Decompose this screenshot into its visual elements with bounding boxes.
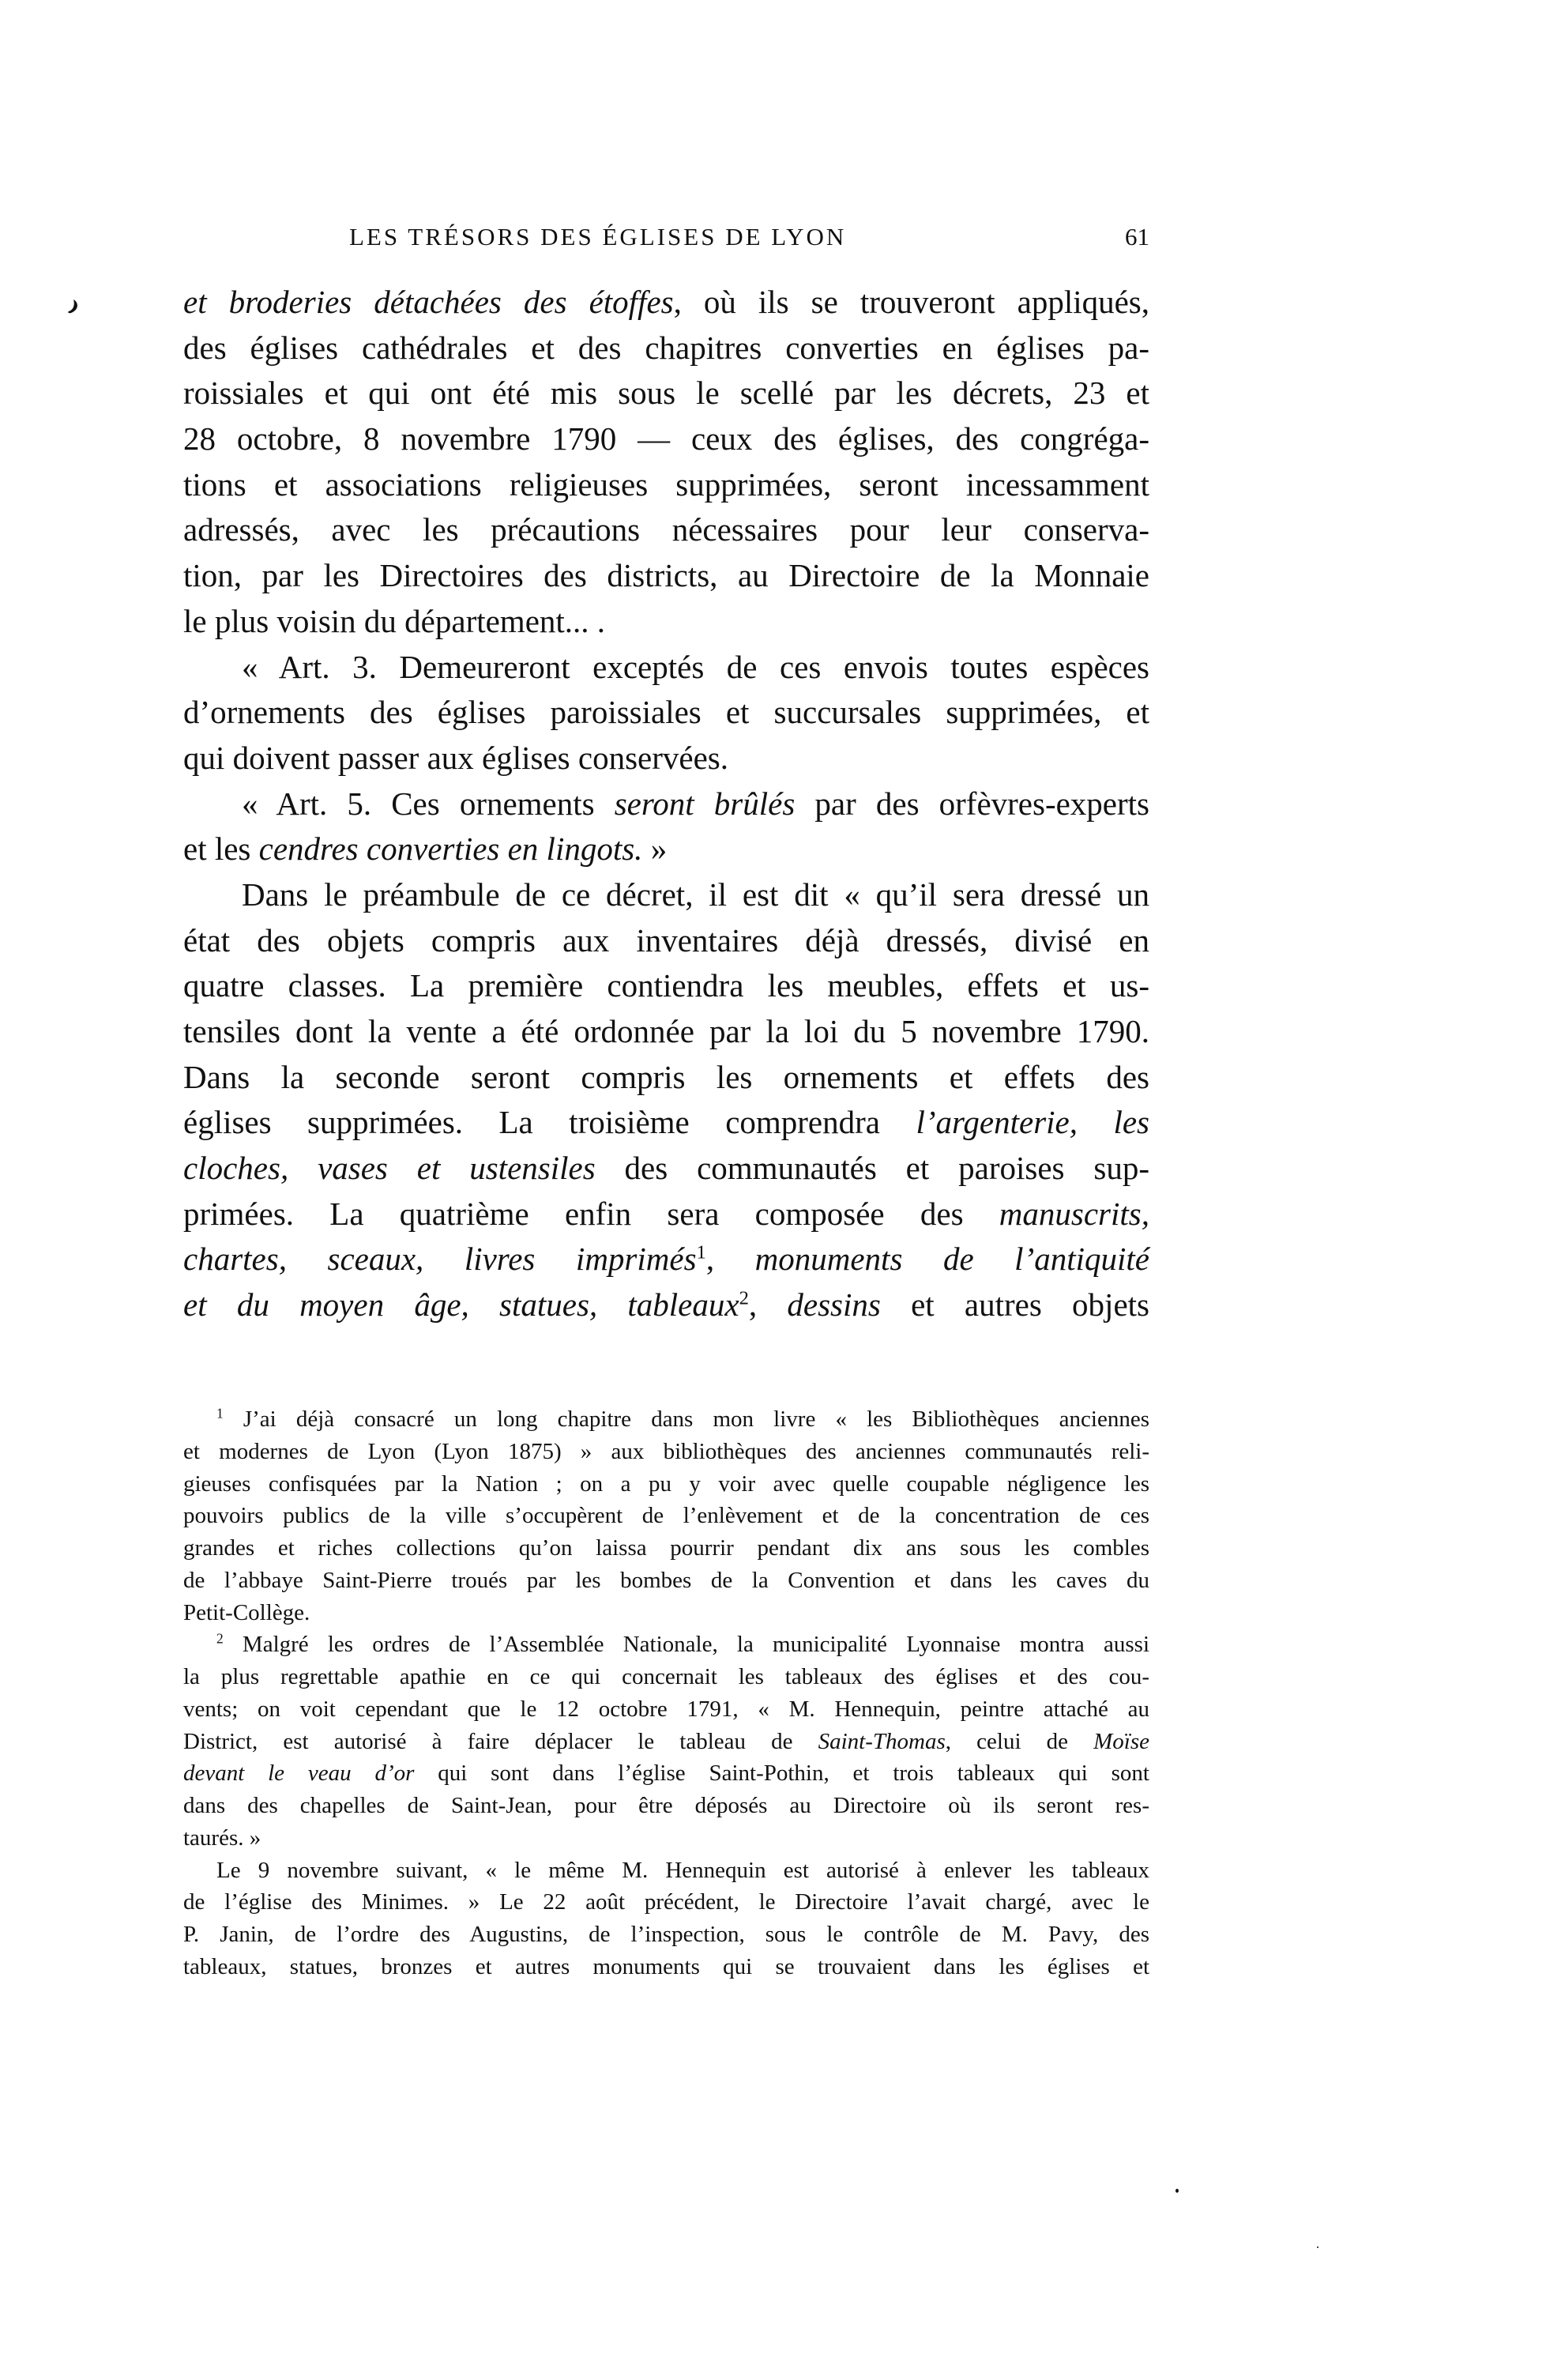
- text-segment: Petit-Collège.: [183, 1600, 310, 1625]
- text-segment: la plus regrettable apathie en ce qui co…: [183, 1664, 1149, 1689]
- body-line: état des objets compris aux inventaires …: [183, 918, 1149, 964]
- text-segment: d’ornements des églises paroissiales et …: [183, 694, 1149, 730]
- italic-text: Saint-Thomas: [818, 1729, 946, 1754]
- italic-text: manuscrits,: [999, 1196, 1149, 1232]
- italic-text: seront brûlés: [615, 785, 796, 822]
- text-segment: et les: [183, 830, 259, 867]
- italic-text: chartes, sceaux, livres imprimés: [183, 1241, 697, 1277]
- body-line: roissiales et qui ont été mis sous le sc…: [183, 371, 1149, 416]
- text-segment: District, est autorisé à faire déplacer …: [183, 1729, 818, 1754]
- footnotes-line: grandes et riches collections qu’on lais…: [183, 1532, 1149, 1565]
- body-line: primées. La quatrième enfin sera composé…: [183, 1192, 1149, 1237]
- footnotes-line: de l’abbaye Saint-Pierre troués par les …: [183, 1565, 1149, 1597]
- italic-text: et du moyen âge, statues, tableaux: [183, 1286, 739, 1323]
- text-segment: des communautés et paroises sup-: [596, 1150, 1149, 1186]
- text-segment: qui doivent passer aux églises conservée…: [183, 740, 728, 776]
- body-line: « Art. 5. Ces ornements seront brûlés pa…: [183, 781, 1149, 827]
- footnote-ref: 1: [697, 1242, 706, 1263]
- italic-text: monuments de l’antiquité: [755, 1241, 1149, 1277]
- text-segment: quatre classes. La première contiendra l…: [183, 967, 1149, 1004]
- footnotes-line: vents; on voit cependant que le 12 octob…: [183, 1693, 1149, 1726]
- text-segment: Le 9 novembre suivant, « le même M. Henn…: [216, 1858, 1149, 1883]
- text-segment: grandes et riches collections qu’on lais…: [183, 1535, 1149, 1561]
- body-line: et les cendres converties en lingots. »: [183, 827, 1149, 872]
- text-segment: J’ai déjà consacré un long chapitre dans…: [224, 1407, 1149, 1432]
- main-text: et broderies détachées des étoffes, où i…: [183, 280, 1149, 1328]
- footnotes-line: Petit-Collège.: [183, 1597, 1149, 1629]
- footnote-ref: 1: [216, 1405, 224, 1421]
- text-segment: Dans la seconde seront compris les ornem…: [183, 1059, 1149, 1095]
- body-line: tensiles dont la vente a été ordonnée pa…: [183, 1009, 1149, 1055]
- footnote-ref: 2: [739, 1287, 749, 1309]
- page-number: 61: [1125, 223, 1149, 251]
- italic-text: dessins: [787, 1286, 880, 1323]
- text-segment: qui sont dans l’église Saint-Pothin, et …: [414, 1761, 1149, 1786]
- text-segment: églises supprimées. La troisième compren…: [183, 1104, 916, 1140]
- text-segment: par des orfèvres-experts: [795, 785, 1149, 822]
- text-segment: et autres objets: [881, 1286, 1149, 1323]
- text-segment: et modernes de Lyon (Lyon 1875) » aux bi…: [183, 1439, 1149, 1464]
- body-line: chartes, sceaux, livres imprimés1, monum…: [183, 1237, 1149, 1282]
- footnotes-line: 2 Malgré les ordres de l’Assemblée Natio…: [183, 1629, 1149, 1661]
- footnotes-line: devant le veau d’or qui sont dans l’égli…: [183, 1757, 1149, 1790]
- text-segment: état des objets compris aux inventaires …: [183, 922, 1149, 958]
- running-title: LES TRÉSORS DES ÉGLISES DE LYON: [349, 223, 846, 251]
- footnotes-line: la plus regrettable apathie en ce qui co…: [183, 1661, 1149, 1693]
- footnotes-line: District, est autorisé à faire déplacer …: [183, 1726, 1149, 1758]
- body-line: d’ornements des églises paroissiales et …: [183, 690, 1149, 736]
- print-speck: [1317, 2246, 1318, 2248]
- text-segment: Dans le préambule de ce décret, il est d…: [242, 876, 1149, 913]
- footnote-ref: 2: [216, 1631, 224, 1647]
- text-segment: ,: [706, 1241, 755, 1277]
- footnotes-line: dans des chapelles de Saint-Jean, pour ê…: [183, 1790, 1149, 1822]
- text-segment: adressés, avec les précautions nécessair…: [183, 511, 1149, 548]
- text-segment: « Art. 3. Demeureront exceptés de ces en…: [242, 649, 1149, 685]
- body-line: églises supprimées. La troisième compren…: [183, 1100, 1149, 1146]
- body-line: « Art. 3. Demeureront exceptés de ces en…: [183, 645, 1149, 691]
- text-segment: primées. La quatrième enfin sera composé…: [183, 1196, 999, 1232]
- text-segment: dans des chapelles de Saint-Jean, pour ê…: [183, 1793, 1149, 1818]
- italic-text: cloches, vases et ustensiles: [183, 1150, 596, 1186]
- footnotes-line: taurés. »: [183, 1822, 1149, 1855]
- text-segment: tensiles dont la vente a été ordonnée pa…: [183, 1013, 1149, 1049]
- text-segment: P. Janin, de l’ordre des Augustins, de l…: [183, 1922, 1149, 1947]
- text-segment: le plus voisin du département... .: [183, 603, 605, 639]
- body-line: des églises cathédrales et des chapitres…: [183, 326, 1149, 371]
- text-segment: gieuses confisquées par la Nation ; on a…: [183, 1471, 1149, 1497]
- body-line: le plus voisin du département... .: [183, 599, 1149, 645]
- text-segment: , où ils se trouveront appliqués,: [674, 284, 1149, 320]
- text-segment: pouvoirs publics de la ville s’occupèren…: [183, 1503, 1149, 1528]
- text-segment: des églises cathédrales et des chapitres…: [183, 330, 1149, 366]
- body-line: tions et associations religieuses suppri…: [183, 462, 1149, 508]
- footnotes: 1 J’ai déjà consacré un long chapitre da…: [183, 1403, 1149, 1983]
- text-segment: , celui de: [946, 1729, 1093, 1754]
- italic-text: Moïse: [1093, 1729, 1149, 1754]
- body-line: Dans le préambule de ce décret, il est d…: [183, 872, 1149, 918]
- body-line: cloches, vases et ustensiles des communa…: [183, 1146, 1149, 1192]
- body-line: qui doivent passer aux églises conservée…: [183, 736, 1149, 781]
- footnotes-line: Le 9 novembre suivant, « le même M. Henn…: [183, 1855, 1149, 1887]
- body-line: Dans la seconde seront compris les ornem…: [183, 1055, 1149, 1101]
- italic-text: l’argenterie, les: [916, 1104, 1149, 1140]
- text-segment: »: [642, 830, 667, 867]
- body-line: tion, par les Directoires des districts,…: [183, 553, 1149, 599]
- text-segment: tions et associations religieuses suppri…: [183, 466, 1149, 503]
- italic-text: cendres converties en lingots.: [259, 830, 643, 867]
- book-page: LES TRÉSORS DES ÉGLISES DE LYON 61 et br…: [0, 0, 1546, 2380]
- footnotes-line: et modernes de Lyon (Lyon 1875) » aux bi…: [183, 1436, 1149, 1468]
- text-segment: de l’église des Minimes. » Le 22 août pr…: [183, 1889, 1149, 1915]
- footnotes-line: pouvoirs publics de la ville s’occupèren…: [183, 1500, 1149, 1532]
- footnotes-line: gieuses confisquées par la Nation ; on a…: [183, 1468, 1149, 1501]
- body-line: et broderies détachées des étoffes, où i…: [183, 280, 1149, 326]
- body-line: adressés, avec les précautions nécessair…: [183, 507, 1149, 553]
- text-segment: taurés. »: [183, 1825, 261, 1851]
- text-segment: vents; on voit cependant que le 12 octob…: [183, 1697, 1149, 1722]
- footnotes-line: de l’église des Minimes. » Le 22 août pr…: [183, 1886, 1149, 1919]
- text-segment: Malgré les ordres de l’Assemblée Nationa…: [224, 1632, 1149, 1657]
- text-segment: 28 octobre, 8 novembre 1790 — ceux des é…: [183, 420, 1149, 457]
- italic-text: et broderies détachées des étoffes: [183, 284, 674, 320]
- italic-text: devant le veau d’or: [183, 1761, 414, 1786]
- body-line: quatre classes. La première contiendra l…: [183, 963, 1149, 1009]
- text-segment: tableaux, statues, bronzes et autres mon…: [183, 1954, 1149, 1979]
- footnotes-line: 1 J’ai déjà consacré un long chapitre da…: [183, 1403, 1149, 1436]
- text-segment: roissiales et qui ont été mis sous le sc…: [183, 375, 1149, 411]
- footnotes-line: P. Janin, de l’ordre des Augustins, de l…: [183, 1919, 1149, 1951]
- text-segment: « Art. 5. Ces ornements: [242, 785, 615, 822]
- body-line: 28 octobre, 8 novembre 1790 — ceux des é…: [183, 416, 1149, 462]
- text-segment: de l’abbaye Saint-Pierre troués par les …: [183, 1568, 1149, 1593]
- text-segment: tion, par les Directoires des districts,…: [183, 557, 1149, 593]
- footnotes-line: tableaux, statues, bronzes et autres mon…: [183, 1951, 1149, 1983]
- body-line: et du moyen âge, statues, tableaux2, des…: [183, 1282, 1149, 1328]
- print-speck: [1175, 2189, 1179, 2193]
- running-header: LES TRÉSORS DES ÉGLISES DE LYON 61: [183, 221, 1149, 256]
- text-segment: ,: [749, 1286, 788, 1323]
- curved-mark-icon: [65, 298, 82, 315]
